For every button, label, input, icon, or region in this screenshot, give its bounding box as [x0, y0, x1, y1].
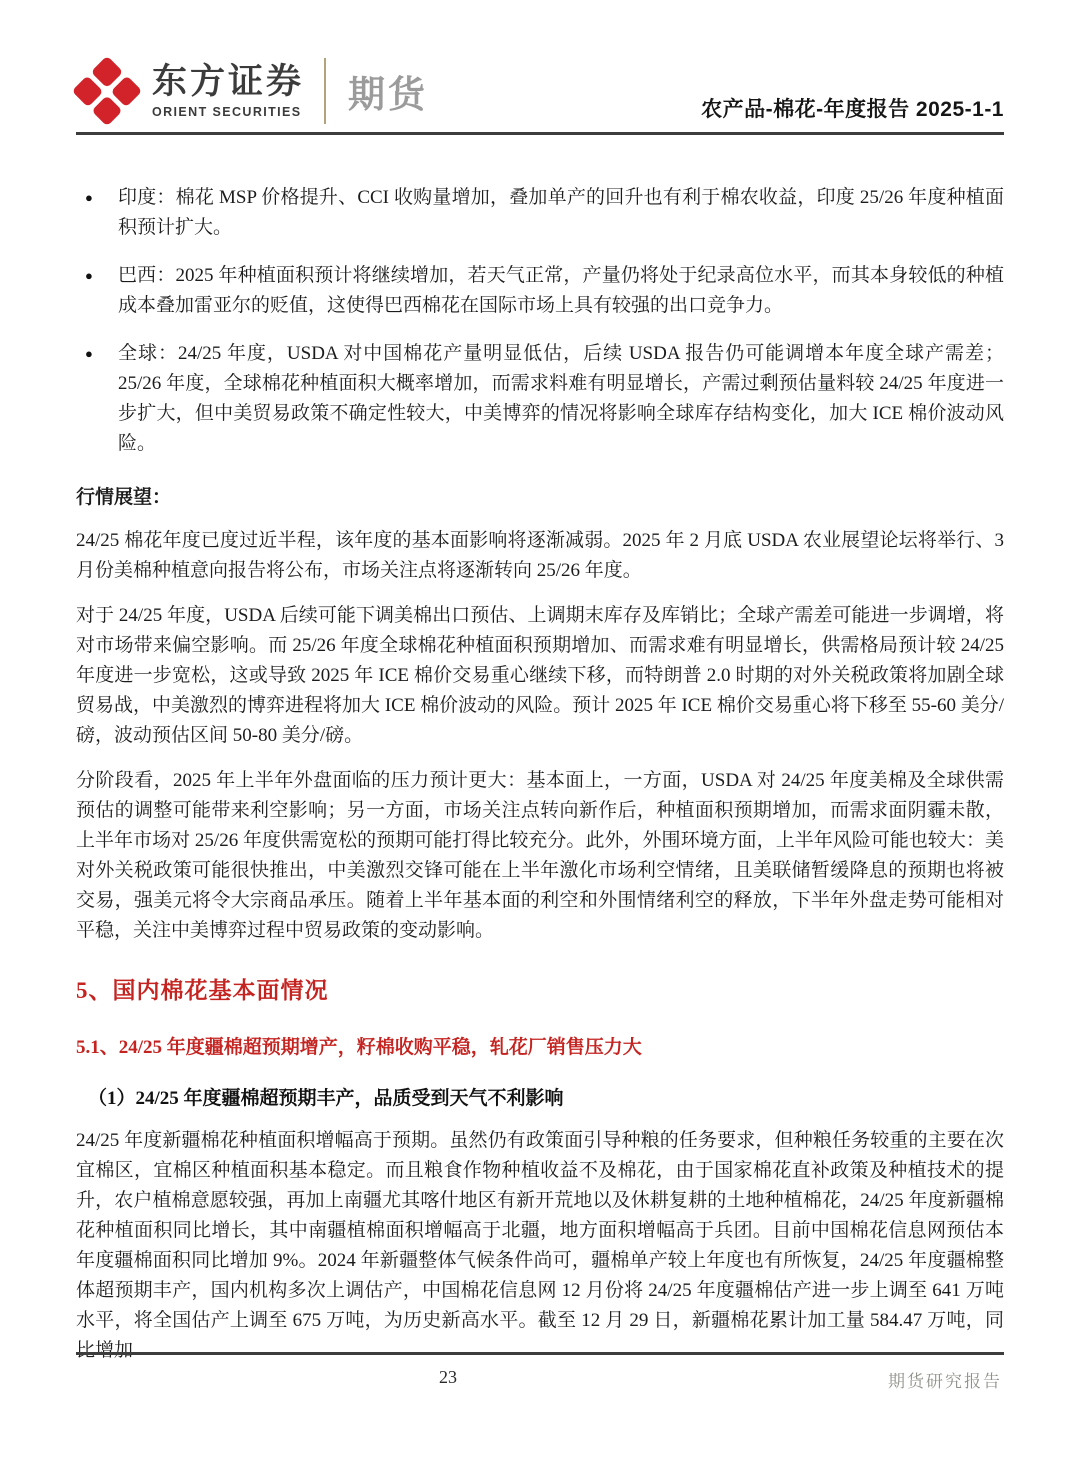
paragraph: 对于 24/25 年度，USDA 后续可能下调美棉出口预估、上调期末库存及库销比…	[76, 601, 1004, 751]
brand: 东方证券 ORIENT SECURITIES 期货	[76, 58, 428, 124]
bullet-text-india: 印度：棉花 MSP 价格提升、CCI 收购量增加，叠加单产的回升也有利于棉农收益…	[118, 183, 1004, 243]
page-footer: 23 期货研究报告	[76, 1352, 1004, 1401]
section-5-1-item-heading: （1）24/25 年度疆棉超预期丰产，品质受到天气不利影响	[76, 1084, 1004, 1114]
list-item: ● 印度：棉花 MSP 价格提升、CCI 收购量增加，叠加单产的回升也有利于棉农…	[76, 183, 1004, 243]
list-item: ● 巴西：2025 年种植面积预计将继续增加，若天气正常，产量仍将处于纪录高位水…	[76, 261, 1004, 321]
summary-bullet-list: ● 印度：棉花 MSP 价格提升、CCI 收购量增加，叠加单产的回升也有利于棉农…	[76, 183, 1004, 459]
brand-text: 东方证券 ORIENT SECURITIES	[152, 64, 304, 119]
report-type-label: 期货研究报告	[888, 1367, 1002, 1392]
page-number: 23	[76, 1367, 820, 1388]
report-content: ● 印度：棉花 MSP 价格提升、CCI 收购量增加，叠加单产的回升也有利于棉农…	[76, 183, 1004, 1366]
report-page: 东方证券 ORIENT SECURITIES 期货 农产品-棉花-年度报告 20…	[0, 0, 1080, 1465]
paragraph: 分阶段看，2025 年上半年外盘面临的压力预计更大：基本面上，一方面，USDA …	[76, 766, 1004, 946]
orient-securities-logo-icon	[76, 60, 138, 122]
bullet-icon: ●	[76, 339, 118, 459]
document-title: 农产品-棉花-年度报告 2025-1-1	[701, 93, 1004, 124]
division-label: 期货	[348, 64, 428, 118]
page-header: 东方证券 ORIENT SECURITIES 期货 农产品-棉花-年度报告 20…	[76, 58, 1004, 135]
brand-name-en: ORIENT SECURITIES	[152, 106, 304, 119]
paragraph: 24/25 年度新疆棉花种植面积增幅高于预期。虽然仍有政策面引导种粮的任务要求，…	[76, 1126, 1004, 1366]
bullet-icon: ●	[76, 183, 118, 243]
bullet-text-global: 全球：24/25 年度，USDA 对中国棉花产量明显低估，后续 USDA 报告仍…	[118, 339, 1004, 459]
outlook-heading: 行情展望：	[76, 483, 1004, 513]
bullet-text-brazil: 巴西：2025 年种植面积预计将继续增加，若天气正常，产量仍将处于纪录高位水平，…	[118, 261, 1004, 321]
list-item: ● 全球：24/25 年度，USDA 对中国棉花产量明显低估，后续 USDA 报…	[76, 339, 1004, 459]
paragraph: 24/25 棉花年度已度过近半程，该年度的基本面影响将逐渐减弱。2025 年 2…	[76, 526, 1004, 586]
brand-divider	[324, 58, 326, 124]
bullet-icon: ●	[76, 261, 118, 321]
section-5-1-heading: 5.1、24/25 年度疆棉超预期增产，籽棉收购平稳，轧花厂销售压力大	[76, 1033, 1004, 1063]
brand-name-cn: 东方证券	[152, 64, 304, 99]
section-5-heading: 5、国内棉花基本面情况	[76, 976, 1004, 1006]
